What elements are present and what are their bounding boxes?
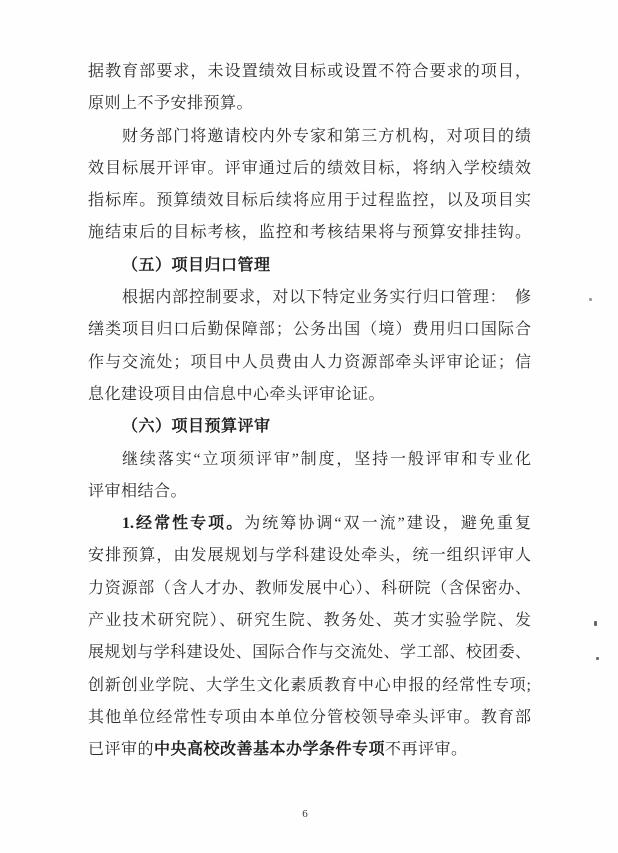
text-line: 安排预算，由发展规划与学科建设处牵头，统一组织评审人: [88, 540, 531, 572]
text-segment: 效目标展开评审。评审通过后的绩效目标，将纳入学校绩效: [88, 160, 531, 177]
text-line: （五）项目归口管理: [88, 250, 531, 282]
scan-speck: [594, 621, 597, 626]
text-line: 力资源部（含人才办、教师发展中心）、科研院（含保密办、: [88, 573, 531, 605]
text-segment: 创新创业学院、大学生文化素质教育中心申报的经常性专项;: [88, 677, 531, 694]
text-segment: 其他单位经常性专项由本单位分管校领导牵头评审。教育部: [88, 709, 531, 726]
text-line: 评审相结合。: [88, 476, 531, 508]
text-line: 据教育部要求，未设置绩效目标或设置不符合要求的项目，: [88, 56, 531, 88]
text-segment: 评审相结合。: [88, 483, 187, 500]
text-line: 效目标展开评审。评审通过后的绩效目标，将纳入学校绩效: [88, 153, 531, 185]
text-segment: 原则上不予安排预算。: [88, 95, 253, 112]
text-segment: 缮类项目归口后勤保障部；公务出国（境）费用归口国际合: [88, 321, 531, 338]
text-segment: 指标库。预算绩效目标后续将应用于过程监控，以及项目实: [88, 192, 531, 209]
page-number: 6: [0, 808, 610, 820]
text-line: （六）项目预算评审: [88, 411, 531, 443]
text-segment: 作与交流处；项目中人员费由人力资源部牵头评审论证；信: [88, 354, 531, 371]
bold-text-segment: 1.经常性专项。: [122, 515, 244, 532]
text-segment: 展规划与学科建设处、国际合作与交流处、学工部、校团委、: [88, 644, 531, 661]
scan-speck: [596, 657, 599, 660]
text-segment: 继续落实“立项须评审”制度，坚持一般评审和专业化: [122, 451, 531, 468]
text-segment: 施结束后的目标考核，监控和考核结果将与预算安排挂钩。: [88, 224, 531, 241]
text-line: 产业技术研究院）、研究生院、教务处、英才实验学院、发: [88, 605, 531, 637]
text-segment: 据教育部要求，未设置绩效目标或设置不符合要求的项目，: [88, 63, 531, 80]
document-page: 据教育部要求，未设置绩效目标或设置不符合要求的项目，原则上不予安排预算。财务部门…: [0, 0, 618, 853]
text-line: 展规划与学科建设处、国际合作与交流处、学工部、校团委、: [88, 637, 531, 669]
text-line: 原则上不予安排预算。: [88, 88, 531, 120]
scan-speck: [589, 298, 592, 301]
text-segment: 息化建设项目由信息中心牵头评审论证。: [88, 386, 385, 403]
text-lines: 据教育部要求，未设置绩效目标或设置不符合要求的项目，原则上不予安排预算。财务部门…: [88, 56, 531, 767]
text-segment: 已评审的: [88, 741, 154, 758]
text-line: 创新创业学院、大学生文化素质教育中心申报的经常性专项;: [88, 670, 531, 702]
text-segment: 为统筹协调“双一流”建设，避免重复: [244, 515, 531, 532]
text-line: 指标库。预算绩效目标后续将应用于过程监控，以及项目实: [88, 185, 531, 217]
text-segment: 安排预算，由发展规划与学科建设处牵头，统一组织评审人: [88, 547, 531, 564]
bold-text-segment: 中央高校改善基本办学条件专项: [154, 741, 385, 758]
text-segment: 不再评审。: [385, 741, 468, 758]
text-line: 继续落实“立项须评审”制度，坚持一般评审和专业化: [88, 444, 531, 476]
bold-text-segment: （五）项目归口管理: [122, 257, 271, 274]
text-segment: 财务部门将邀请校内外专家和第三方机构，对项目的绩: [122, 128, 531, 145]
text-line: 1.经常性专项。为统筹协调“双一流”建设，避免重复: [88, 508, 531, 540]
bold-text-segment: （六）项目预算评审: [122, 418, 271, 435]
text-line: 作与交流处；项目中人员费由人力资源部牵头评审论证；信: [88, 347, 531, 379]
text-segment: 产业技术研究院）、研究生院、教务处、英才实验学院、发: [88, 612, 531, 629]
text-segment: 力资源部（含人才办、教师发展中心）、科研院（含保密办、: [88, 580, 531, 597]
text-line: 根据内部控制要求，对以下特定业务实行归口管理： 修: [88, 282, 531, 314]
text-line: 施结束后的目标考核，监控和考核结果将与预算安排挂钩。: [88, 217, 531, 249]
text-line: 财务部门将邀请校内外专家和第三方机构，对项目的绩: [88, 121, 531, 153]
text-line: 缮类项目归口后勤保障部；公务出国（境）费用归口国际合: [88, 314, 531, 346]
text-line: 其他单位经常性专项由本单位分管校领导牵头评审。教育部: [88, 702, 531, 734]
text-segment: 根据内部控制要求，对以下特定业务实行归口管理： 修: [122, 289, 531, 306]
text-line: 息化建设项目由信息中心牵头评审论证。: [88, 379, 531, 411]
text-line: 已评审的中央高校改善基本办学条件专项不再评审。: [88, 734, 531, 766]
